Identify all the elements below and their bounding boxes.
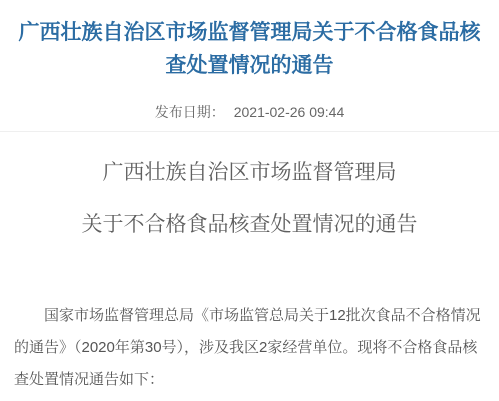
doc-heading-line2: 关于不合格食品核查处置情况的通告 [0, 211, 499, 239]
page-title: 广西壮族自治区市场监督管理局关于不合格食品核查处置情况的通告 [0, 0, 499, 82]
publish-date-value: 2021-02-26 09:44 [234, 104, 345, 120]
body-paragraph: 国家市场监督管理总局《市场监管总局关于12批次食品不合格情况的通告》（2020年… [14, 300, 489, 396]
publish-date-row: 发布日期：2021-02-26 09:44 [0, 102, 499, 122]
header-divider [0, 131, 499, 132]
publish-date-label: 发布日期： [155, 104, 225, 120]
notice-page: 广西壮族自治区市场监督管理局关于不合格食品核查处置情况的通告 发布日期：2021… [0, 0, 499, 401]
doc-heading-line1: 广西壮族自治区市场监督管理局 [0, 159, 499, 187]
